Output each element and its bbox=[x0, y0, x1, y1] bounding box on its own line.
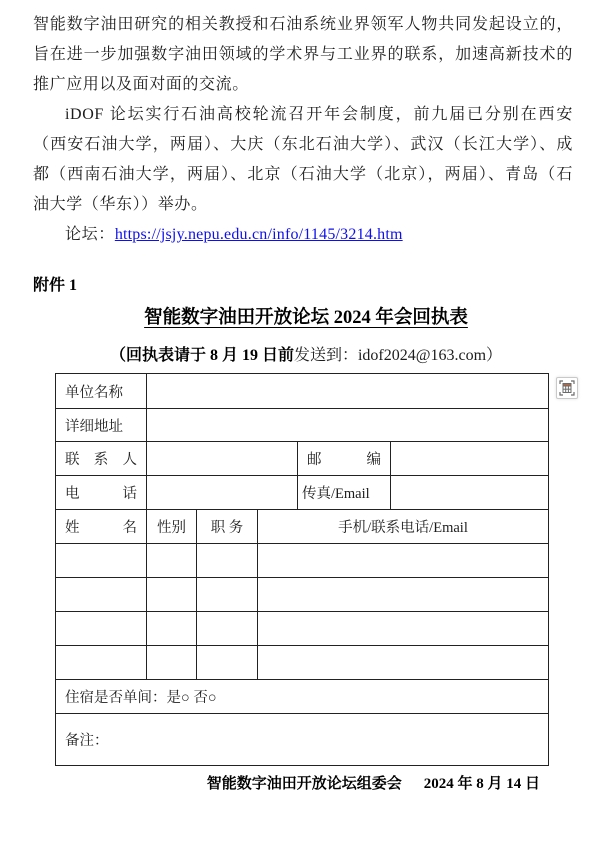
job-title-header: 职 务 bbox=[197, 510, 258, 544]
row-room-option: 住宿是否单间：是○ 否○ bbox=[56, 680, 549, 714]
person-mobile-cell[interactable] bbox=[258, 646, 549, 680]
person-row-1 bbox=[56, 544, 549, 578]
person-mobile-cell[interactable] bbox=[258, 544, 549, 578]
contact-input-cell[interactable] bbox=[147, 442, 298, 476]
paragraph-forum-history: iDOF 论坛实行石油高校轮流召开年会制度，前九届已分别在西安（西安石油大学，两… bbox=[33, 100, 573, 220]
document-page: 智能数字油田研究的相关教授和石油系统业界领军人物共同发起设立的，旨在进一步加强数… bbox=[0, 0, 612, 843]
name-header: 姓名 bbox=[56, 510, 147, 544]
person-job-cell[interactable] bbox=[197, 646, 258, 680]
remarks-cell[interactable]: 备注： bbox=[56, 714, 549, 766]
address-label: 详细地址 bbox=[56, 409, 147, 442]
footer-committee: 智能数字油田开放论坛组委会 bbox=[207, 776, 402, 792]
person-name-cell[interactable] bbox=[56, 544, 147, 578]
person-gender-cell[interactable] bbox=[147, 612, 197, 646]
row-person-header: 姓名 性别 职 务 手机/联系电话/Email bbox=[56, 510, 549, 544]
form-title: 智能数字油田开放论坛 2024 年会回执表 bbox=[0, 303, 612, 329]
form-subtitle: （回执表请于 8 月 19 日前发送到：idof2024@163.com） bbox=[0, 342, 612, 365]
fax-email-input-cell[interactable] bbox=[391, 476, 549, 510]
paragraph-forum-intro: 智能数字油田研究的相关教授和石油系统业界领军人物共同发起设立的，旨在进一步加强数… bbox=[33, 10, 573, 100]
person-job-cell[interactable] bbox=[197, 544, 258, 578]
fax-email-label: 传真/Email bbox=[298, 476, 391, 510]
unit-name-input-cell[interactable] bbox=[147, 374, 549, 409]
room-option-cell[interactable]: 住宿是否单间：是○ 否○ bbox=[56, 680, 549, 714]
contact-label: 联系人 bbox=[56, 442, 147, 476]
person-gender-cell[interactable] bbox=[147, 544, 197, 578]
reply-form-table: 单位名称 详细地址 联系人 邮编 电话 传真/Email 姓名 性别 职 务 手… bbox=[55, 373, 549, 766]
subtitle-deadline: （回执表请于 8 月 19 日前 bbox=[110, 347, 294, 364]
person-mobile-cell[interactable] bbox=[258, 578, 549, 612]
attachment-heading: 附件 1 bbox=[33, 272, 77, 295]
subtitle-email: 发送到：idof2024@163.com） bbox=[294, 347, 502, 364]
person-name-cell[interactable] bbox=[56, 646, 147, 680]
person-row-2 bbox=[56, 578, 549, 612]
person-job-cell[interactable] bbox=[197, 578, 258, 612]
unit-name-label: 单位名称 bbox=[56, 374, 147, 409]
table-select-icon[interactable] bbox=[556, 377, 578, 399]
person-gender-cell[interactable] bbox=[147, 646, 197, 680]
person-row-3 bbox=[56, 612, 549, 646]
gender-header: 性别 bbox=[147, 510, 197, 544]
mobile-header: 手机/联系电话/Email bbox=[258, 510, 549, 544]
forum-hyperlink[interactable]: https://jsjy.nepu.edu.cn/info/1145/3214.… bbox=[115, 226, 403, 243]
row-remarks: 备注： bbox=[56, 714, 549, 766]
table-select-icon-glyph bbox=[559, 380, 575, 396]
forum-link-label: 论坛： bbox=[65, 226, 115, 243]
person-gender-cell[interactable] bbox=[147, 578, 197, 612]
phone-input-cell[interactable] bbox=[147, 476, 298, 510]
row-unit-name: 单位名称 bbox=[56, 374, 549, 409]
body-text: 智能数字油田研究的相关教授和石油系统业界领军人物共同发起设立的，旨在进一步加强数… bbox=[33, 10, 573, 250]
row-contact: 联系人 邮编 bbox=[56, 442, 549, 476]
person-name-cell[interactable] bbox=[56, 578, 147, 612]
forum-link-line: 论坛：https://jsjy.nepu.edu.cn/info/1145/32… bbox=[33, 220, 573, 250]
address-input-cell[interactable] bbox=[147, 409, 549, 442]
postcode-label: 邮编 bbox=[298, 442, 391, 476]
person-job-cell[interactable] bbox=[197, 612, 258, 646]
row-address: 详细地址 bbox=[56, 409, 549, 442]
form-title-text: 智能数字油田开放论坛 2024 年会回执表 bbox=[144, 308, 468, 328]
person-name-cell[interactable] bbox=[56, 612, 147, 646]
row-phone: 电话 传真/Email bbox=[56, 476, 549, 510]
person-mobile-cell[interactable] bbox=[258, 612, 549, 646]
footer-date: 2024 年 8 月 14 日 bbox=[424, 776, 540, 792]
phone-label: 电话 bbox=[56, 476, 147, 510]
postcode-input-cell[interactable] bbox=[391, 442, 549, 476]
person-row-4 bbox=[56, 646, 549, 680]
footer: 智能数字油田开放论坛组委会2024 年 8 月 14 日 bbox=[207, 772, 540, 793]
